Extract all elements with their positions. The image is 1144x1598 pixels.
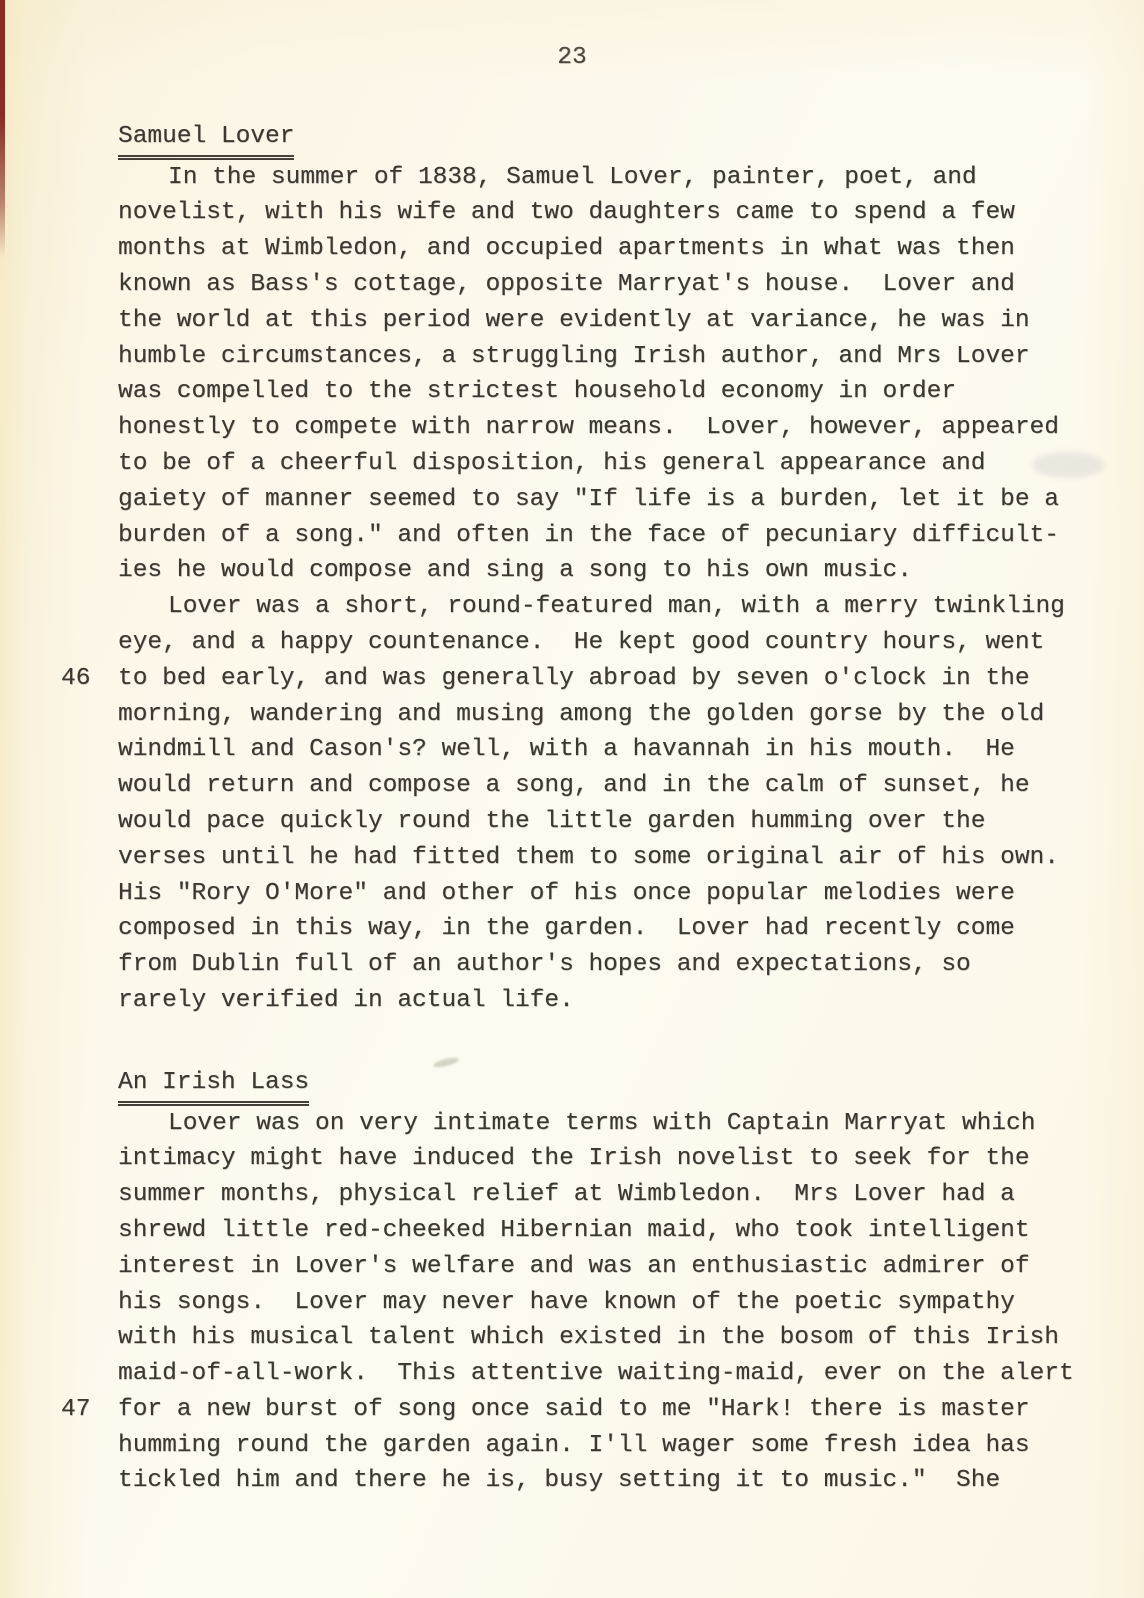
text-line: intimacy might have induced the Irish no… <box>118 1141 1104 1177</box>
text-line: known as Bass's cottage, opposite Marrya… <box>118 267 1104 303</box>
text-line: humble circumstances, a struggling Irish… <box>118 339 1104 375</box>
text-line: was compelled to the strictest household… <box>118 374 1104 410</box>
section-heading-text: An Irish Lass <box>118 1065 309 1106</box>
text-line: humming round the garden again. I'll wag… <box>118 1428 1104 1464</box>
text-line: to bed early, and was generally abroad b… <box>118 661 1104 697</box>
margin-number: 47 <box>61 1392 90 1428</box>
text-line: his songs. Lover may never have known of… <box>118 1285 1104 1321</box>
margin-number: 46 <box>61 661 90 697</box>
scanned-document-page: 23 Samuel LoverIn the summer of 1838, Sa… <box>0 0 1144 1598</box>
page-body: Samuel LoverIn the summer of 1838, Samue… <box>0 119 1144 1499</box>
text-line: rarely verified in actual life. <box>118 983 1104 1019</box>
text-line: to be of a cheerful disposition, his gen… <box>118 446 1104 482</box>
text-line: In the summer of 1838, Samuel Lover, pai… <box>118 160 1104 196</box>
paragraph: Lover was on very intimate terms with Ca… <box>118 1106 1104 1500</box>
text-line: interest in Lover's welfare and was an e… <box>118 1249 1104 1285</box>
paragraph: In the summer of 1838, Samuel Lover, pai… <box>118 160 1104 590</box>
text-line: with his musical talent which existed in… <box>118 1320 1104 1356</box>
text-line: Lover was on very intimate terms with Ca… <box>118 1106 1104 1142</box>
text-line: would pace quickly round the little gard… <box>118 804 1104 840</box>
text-line: maid-of-all-work. This attentive waiting… <box>118 1356 1104 1392</box>
section-heading-text: Samuel Lover <box>118 119 294 160</box>
text-line: burden of a song." and often in the face… <box>118 518 1104 554</box>
text-line: for a new burst of song once said to me … <box>118 1392 1104 1428</box>
text-line: Lover was a short, round-featured man, w… <box>118 589 1104 625</box>
section: Samuel LoverIn the summer of 1838, Samue… <box>118 119 1104 1019</box>
text-line: would return and compose a song, and in … <box>118 768 1104 804</box>
text-line: ies he would compose and sing a song to … <box>118 553 1104 589</box>
section-heading: An Irish Lass <box>118 1065 1104 1106</box>
text-line: honestly to compete with narrow means. L… <box>118 410 1104 446</box>
section-heading: Samuel Lover <box>118 119 1104 160</box>
text-line: the world at this period were evidently … <box>118 303 1104 339</box>
text-line: verses until he had fitted them to some … <box>118 840 1104 876</box>
text-line: months at Wimbledon, and occupied apartm… <box>118 231 1104 267</box>
text-line: gaiety of manner seemed to say "If life … <box>118 482 1104 518</box>
text-line: His "Rory O'More" and other of his once … <box>118 876 1104 912</box>
text-line: windmill and Cason's? well, with a havan… <box>118 732 1104 768</box>
page-number: 23 <box>0 0 1144 76</box>
text-line: morning, wandering and musing among the … <box>118 697 1104 733</box>
text-line: composed in this way, in the garden. Lov… <box>118 911 1104 947</box>
text-line: tickled him and there he is, busy settin… <box>118 1463 1104 1499</box>
text-line: shrewd little red-cheeked Hibernian maid… <box>118 1213 1104 1249</box>
text-line: eye, and a happy countenance. He kept go… <box>118 625 1104 661</box>
text-line: summer months, physical relief at Wimble… <box>118 1177 1104 1213</box>
paragraph: Lover was a short, round-featured man, w… <box>118 589 1104 1019</box>
text-line: from Dublin full of an author's hopes an… <box>118 947 1104 983</box>
section: An Irish LassLover was on very intimate … <box>118 1065 1104 1500</box>
text-line: novelist, with his wife and two daughter… <box>118 195 1104 231</box>
red-binding-edge-mark <box>0 0 5 258</box>
